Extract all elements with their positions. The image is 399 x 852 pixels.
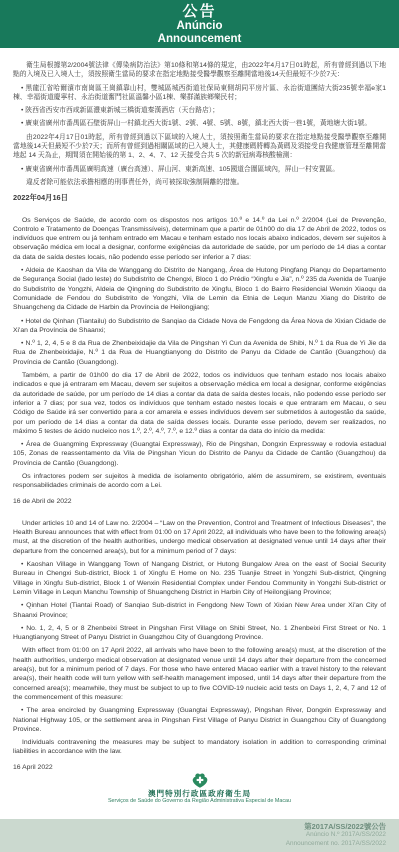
- zh-location-item: 陝西省西安市西咸新區灃東新城三橋街道秦漢酒店（天台路店）；: [13, 106, 386, 115]
- pt-location-item: N.º 1, 2, 4, 5 e 8 da Rua de Zhenbeixida…: [13, 339, 386, 367]
- pt-location-item: Área de Guangming Expressway (Guangtai E…: [13, 440, 386, 468]
- en-intro-paragraph: Under articles 10 and 14 of Law no. 2/20…: [13, 519, 386, 556]
- en-location-item: Kaoshan Village in Wanggang Town of Nang…: [13, 560, 386, 597]
- announcement-footer: 澳門特別行政區政府衛生局 Serviços de Saúde do Govern…: [0, 773, 399, 852]
- section-english: Under articles 10 and 14 of Law no. 2/20…: [13, 519, 386, 772]
- en-location-item: The area encircled by Guangming Expressw…: [13, 706, 386, 734]
- section-chinese: 衛生局根據第2/2004號法律《傳染病防治法》第10條和第14條的規定，由202…: [13, 61, 386, 203]
- header-title-en: Announcement: [0, 33, 399, 46]
- reference-number-band: 第2017A/SS/2022號公告 Anúncio N.º 2017A/SS/2…: [0, 819, 399, 852]
- en-second-paragraph: With effect from 01:00 on 17 April 2022,…: [13, 646, 386, 702]
- en-date: 16 April 2022: [13, 763, 386, 772]
- organization-name-pt: Serviços de Saúde do Governo da Região A…: [0, 799, 399, 804]
- pt-location-item: Aldeia de Kaoshan da Vila de Wanggang do…: [13, 266, 386, 312]
- en-violation-note: Individuals contravening the measures ma…: [13, 738, 386, 757]
- zh-second-paragraph: 由2022年4月17日01時起，所有曾經到過以下區域的入境人士，須按照衛生當局的…: [13, 133, 386, 161]
- issuing-organization: 澳門特別行政區政府衛生局 Serviços de Saúde do Govern…: [0, 773, 399, 805]
- health-bureau-logo: [192, 773, 208, 788]
- en-location-item: Qinhan Hotel (Tiantai Road) of Sanqiao S…: [13, 601, 386, 620]
- section-portuguese: Os Serviços de Saúde, de acordo com os d…: [13, 216, 386, 506]
- pt-violation-note: Os infractores podem ser sujeitos à medi…: [13, 472, 386, 491]
- zh-location-item: 廣東省廣州市番禺區石壁街屏山一村鎮北西大街1號、2號、4號、5號、8號，鎮北西大…: [13, 119, 386, 128]
- zh-date: 2022年04月16日: [13, 193, 386, 202]
- pt-location-item: Hotel de Qinhan (Tiantailu) do Subdistri…: [13, 317, 386, 336]
- zh-location-item: 廣東省廣州市番禺區廣明高速（廣台高速）、屏山河、東新高速、105國道合圍區域內，…: [13, 165, 386, 174]
- reference-number-zh: 第2017A/SS/2022號公告: [13, 823, 386, 830]
- reference-number-pt: Anúncio N.º 2017A/SS/2022: [13, 832, 386, 838]
- organization-name-zh: 澳門特別行政區政府衛生局: [0, 790, 399, 798]
- en-location-item: No. 1, 2, 4, 5 or 8 Zhenbeixi Street in …: [13, 624, 386, 643]
- pt-intro-paragraph: Os Serviços de Saúde, de acordo com os d…: [13, 216, 386, 262]
- pt-date: 16 de Abril de 2022: [13, 497, 386, 506]
- announcement-body: 衛生局根據第2/2004號法律《傳染病防治法》第10條和第14條的規定，由202…: [0, 48, 399, 773]
- header-title-zh: 公告: [0, 3, 399, 20]
- zh-intro-paragraph: 衛生局根據第2/2004號法律《傳染病防治法》第10條和第14條的規定，由202…: [13, 61, 386, 80]
- zh-location-item: 黑龍江省哈爾濱市南崗區王崗鎮靠山村，雙城區城西街道社保局東側胡同平房片區、永治街…: [13, 84, 386, 103]
- header-title-pt: Anúncio: [0, 20, 399, 33]
- announcement-page: 公告 Anúncio Announcement 衛生局根據第2/2004號法律《…: [0, 0, 399, 852]
- reference-number-en: Announcement no. 2017A/SS/2022: [13, 841, 386, 847]
- zh-violation-note: 違反者除可能依法承擔相應的刑事責任外，尚可被採取強制隔離的措施。: [13, 178, 386, 187]
- pt-second-paragraph: Também, a partir de 01h00 do dia 17 de A…: [13, 371, 386, 436]
- announcement-header: 公告 Anúncio Announcement: [0, 0, 399, 48]
